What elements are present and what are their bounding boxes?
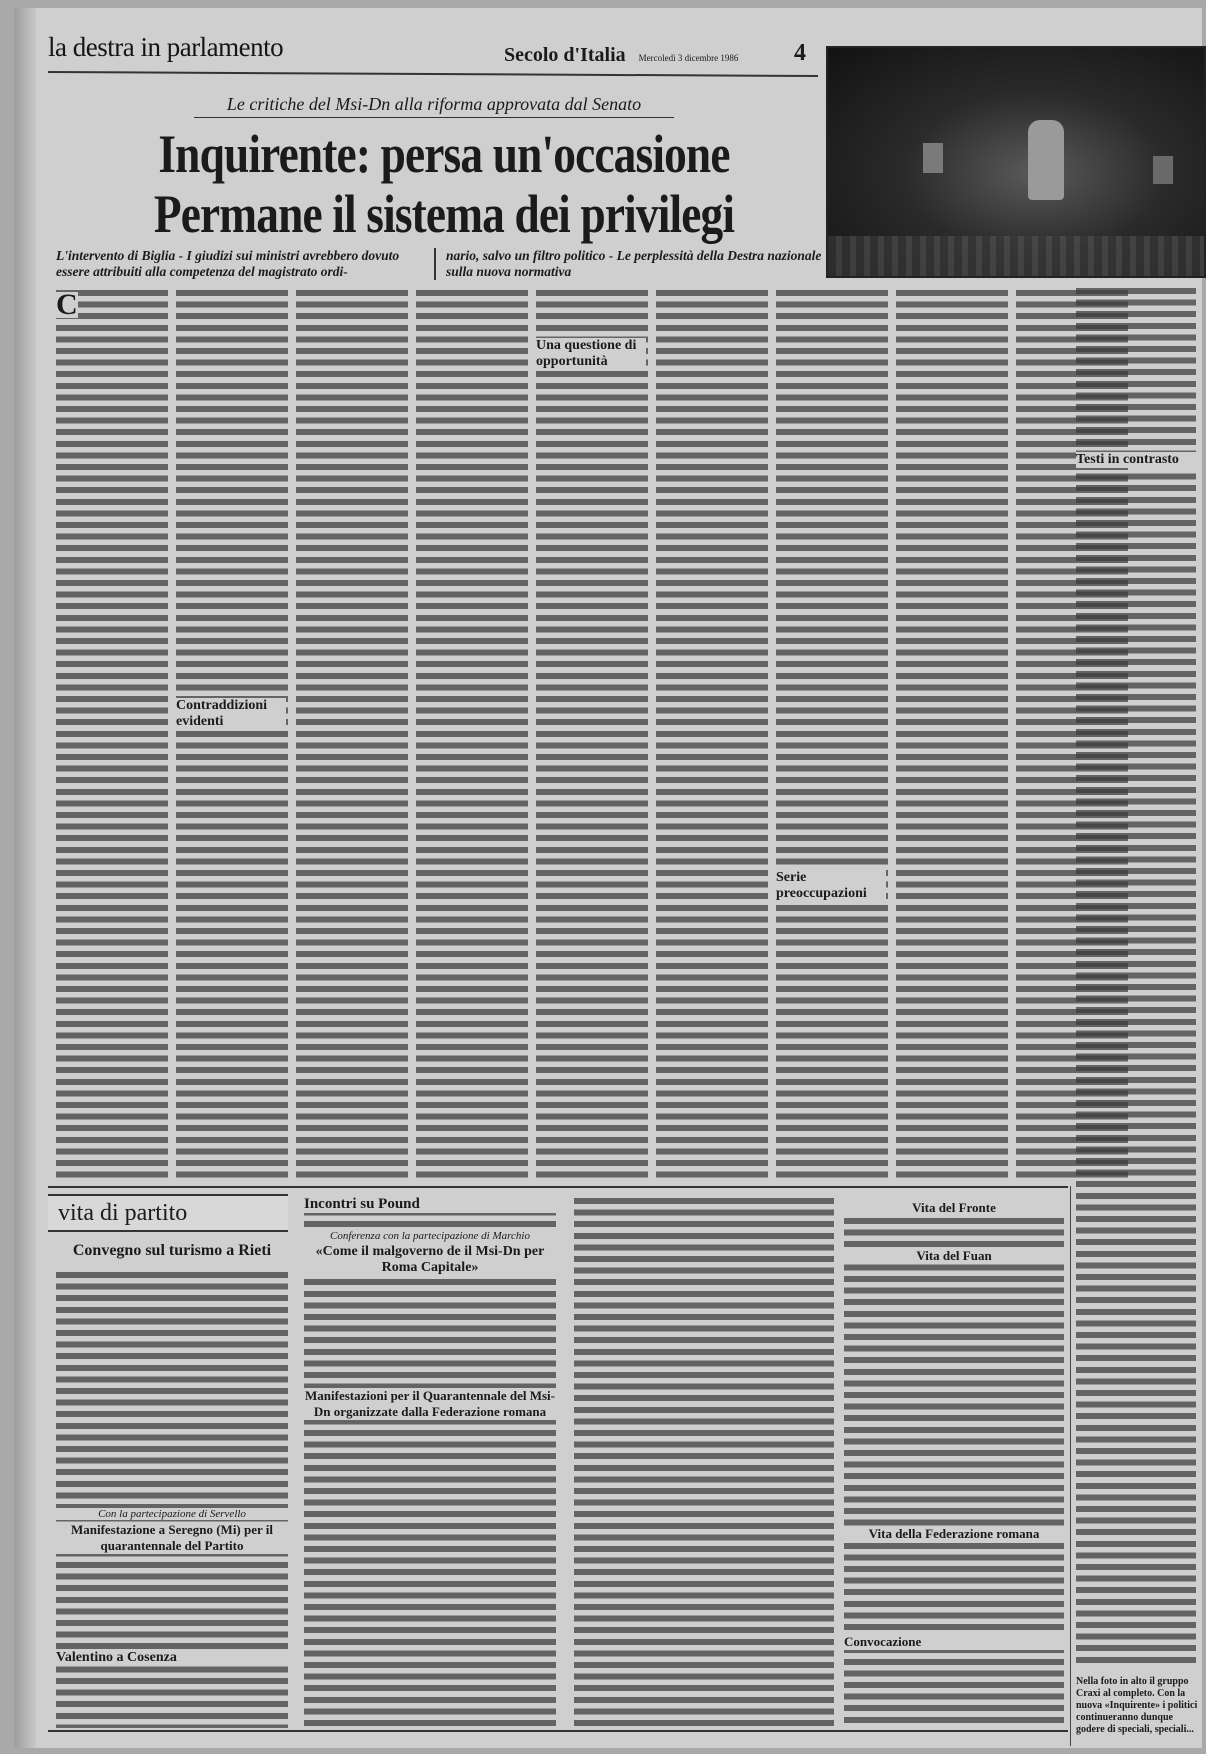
masthead: Secolo d'Italia Mercoledì 3 dicembre 198…	[504, 44, 738, 67]
story-kicker: Con la partecipazione di Servello	[56, 1508, 288, 1520]
page-number: 4	[794, 40, 806, 67]
article-deck-left: L'intervento di Biglia - I giudizi sui m…	[56, 248, 421, 280]
story-title: «Come il malgoverno de il Msi-Dn per Rom…	[304, 1244, 556, 1276]
photo-caption: Nella foto in alto il gruppo Craxi al co…	[1076, 1676, 1204, 1736]
article-photo	[826, 46, 1206, 278]
subhead: Serie preoccupazioni	[776, 870, 886, 902]
story-title: Vita della Federazione romana	[844, 1526, 1064, 1542]
article-column	[176, 290, 288, 1178]
subhead: Contraddizioni evidenti	[176, 698, 286, 730]
subhead: Una questione di opportunità	[536, 338, 646, 370]
section-heading: la destra in parlamento	[48, 32, 283, 63]
story-title: Convegno sul turismo a Rieti	[56, 1242, 288, 1260]
article-column	[56, 290, 168, 1178]
article-column	[1076, 288, 1196, 1668]
newspaper-page: la destra in parlamento Secolo d'Italia …	[14, 8, 1202, 1748]
party-column	[574, 1198, 834, 1728]
headline-line-2: Permane il sistema dei privilegi	[116, 184, 771, 244]
party-column	[304, 1198, 556, 1728]
newspaper-name: Secolo d'Italia	[504, 44, 626, 66]
article-column	[656, 290, 768, 1178]
photo-figure	[1153, 156, 1173, 184]
headline-line-1: Inquirente: persa un'occasione	[116, 124, 771, 184]
column-divider	[1070, 1186, 1071, 1746]
article-column	[896, 290, 1008, 1178]
article-column	[416, 290, 528, 1178]
story-title: Manifestazione a Seregno (Mi) per il qua…	[56, 1522, 288, 1554]
party-life-box-title: vita di partito	[48, 1194, 288, 1232]
issue-date: Mercoledì 3 dicembre 1986	[639, 53, 739, 63]
header-rule	[48, 71, 818, 77]
photo-figure	[923, 143, 943, 173]
story-title: Vita del Fuan	[844, 1248, 1064, 1264]
bottom-rule	[48, 1730, 1068, 1732]
story-title: Valentino a Cosenza	[56, 1650, 288, 1666]
article-column	[776, 290, 888, 1178]
party-column	[844, 1218, 1064, 1728]
article-column	[536, 290, 648, 1178]
section-divider	[48, 1186, 1068, 1188]
drop-cap: C	[56, 292, 78, 318]
subhead: Testi in contrasto	[1076, 452, 1196, 468]
story-title-pound: Incontri su Pound	[304, 1196, 556, 1213]
article-headline: Inquirente: persa un'occasione Permane i…	[116, 124, 771, 244]
article-deck-right: nario, salvo un filtro politico - Le per…	[434, 248, 846, 280]
photo-figure	[1028, 120, 1064, 200]
photo-floor	[828, 236, 1204, 276]
story-kicker: Conferenza con la partecipazione di Marc…	[304, 1230, 556, 1242]
story-title: Convocazione	[844, 1634, 1064, 1650]
story-title: Manifestazioni per il Quarantennale del …	[304, 1388, 556, 1420]
article-kicker: Le critiche del Msi-Dn alla riforma appr…	[194, 94, 674, 118]
story-title: Vita del Fronte	[844, 1200, 1064, 1216]
article-column	[296, 290, 408, 1178]
